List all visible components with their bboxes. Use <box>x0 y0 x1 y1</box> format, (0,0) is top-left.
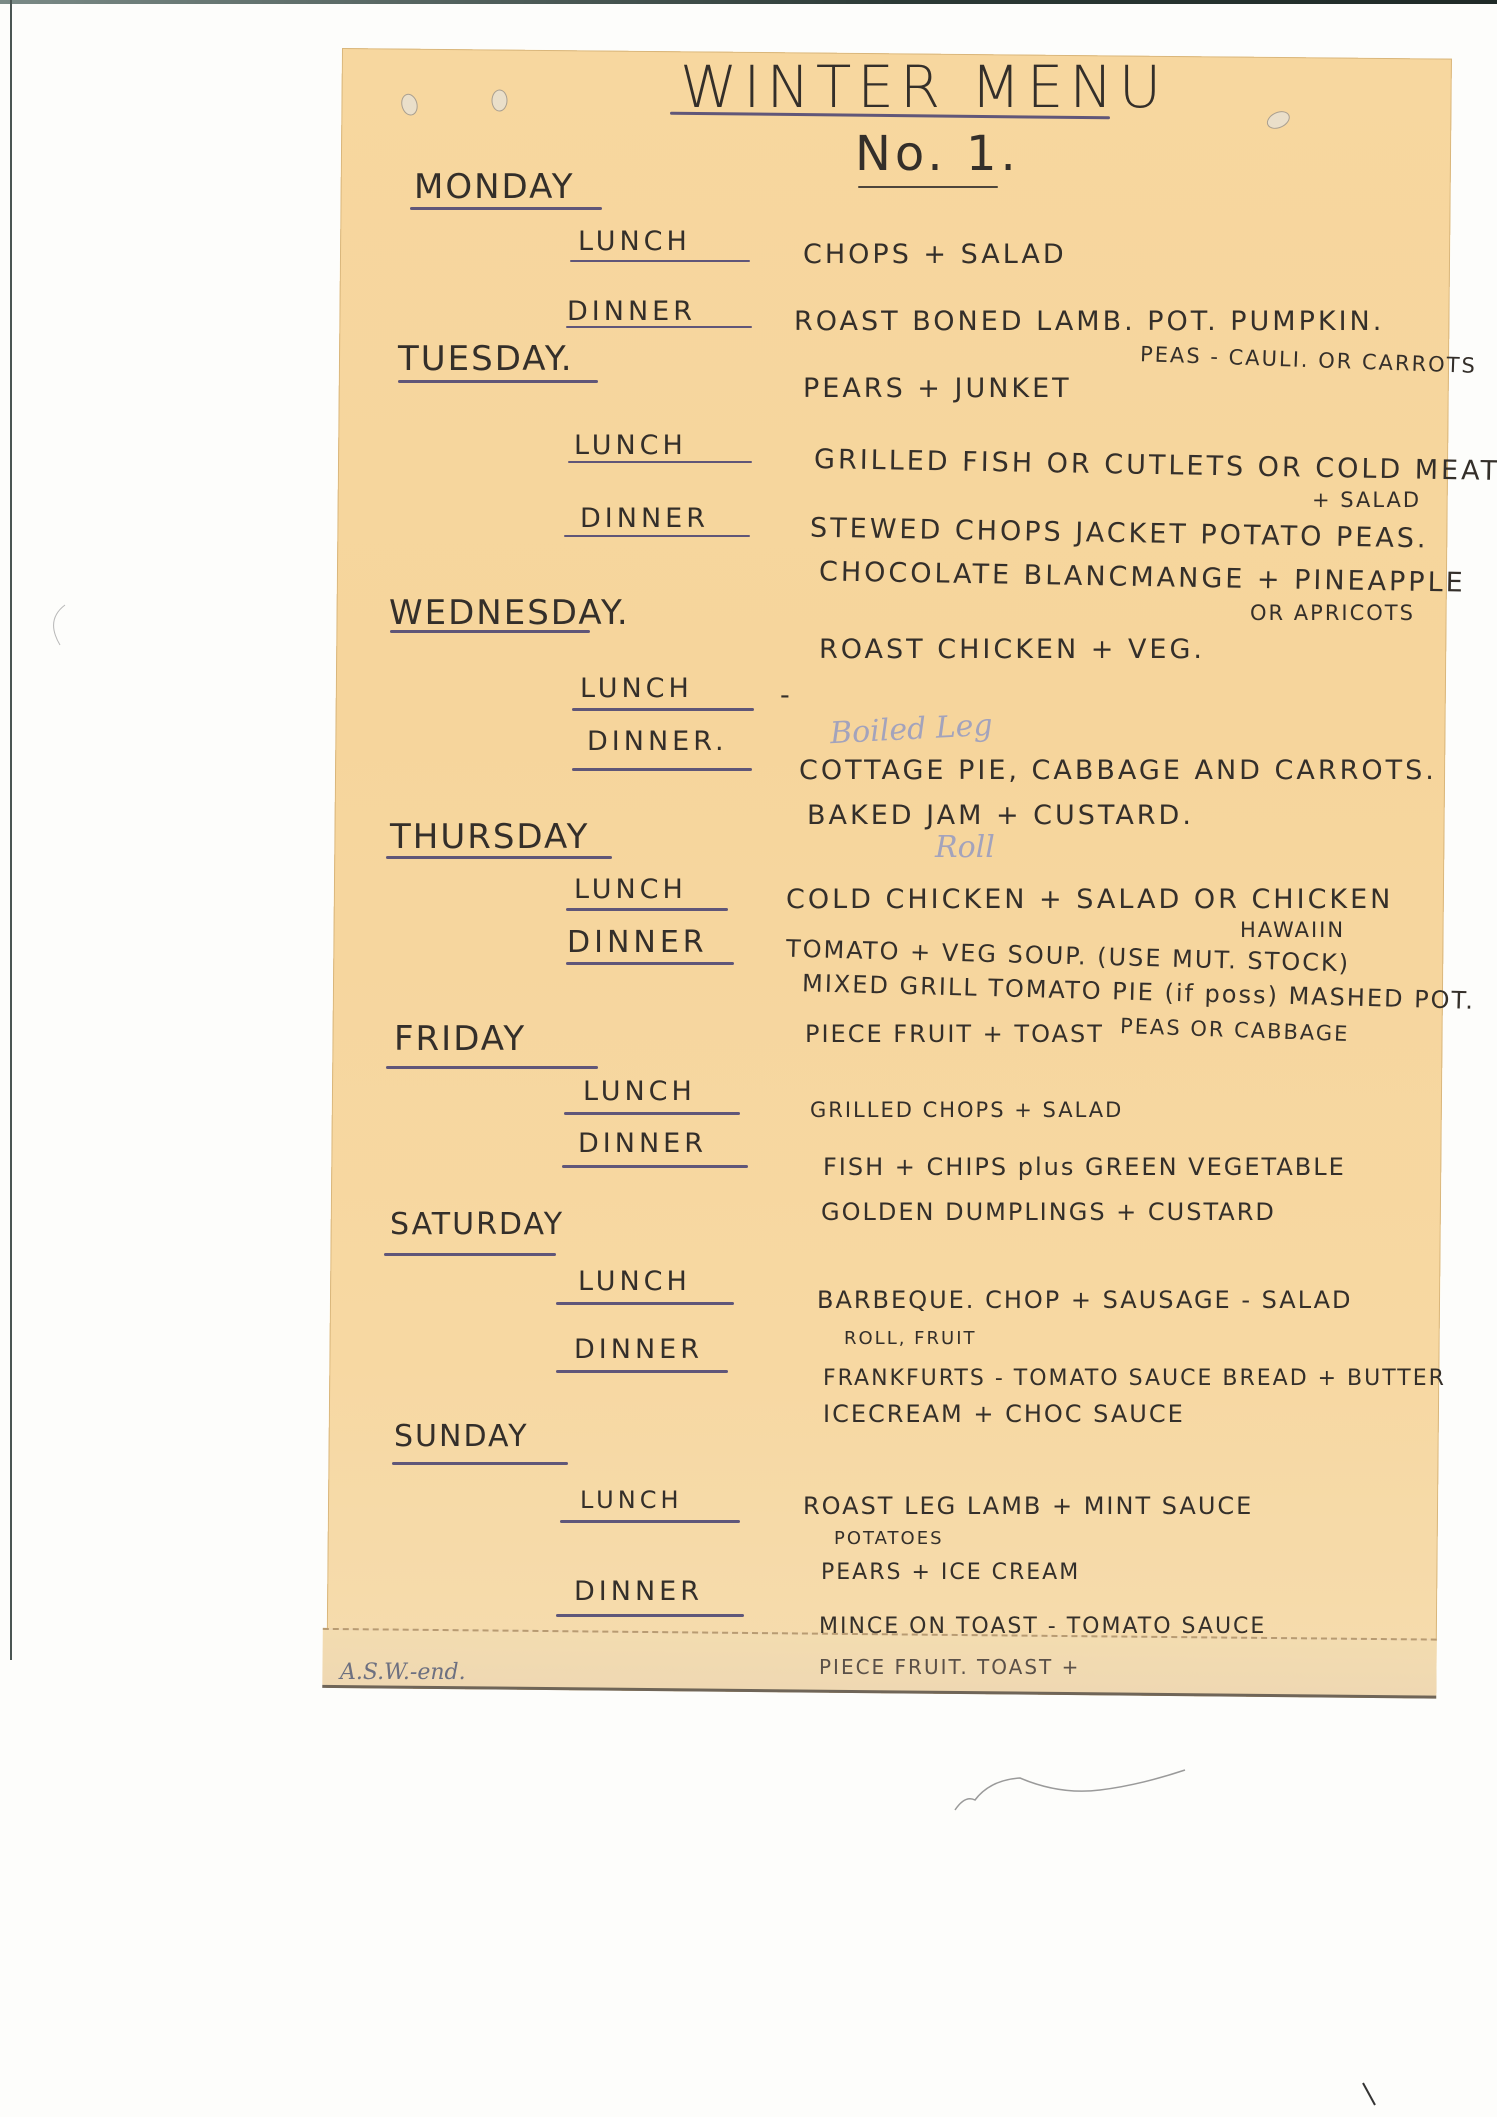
menu-item: ROAST LEG LAMB + MINT SAUCE <box>803 1494 1253 1518</box>
meal-underline <box>556 1302 734 1305</box>
meal-underline <box>570 260 750 262</box>
menu-item: FISH + CHIPS plus GREEN VEGETABLE <box>823 1155 1346 1179</box>
day-friday: FRIDAY <box>394 1022 526 1056</box>
meal-underline <box>560 1520 740 1523</box>
menu-item: PIECE FRUIT + TOAST <box>805 1022 1104 1046</box>
menu-item: PIECE FRUIT. TOAST + <box>819 1657 1080 1677</box>
day-wednesday: WEDNESDAY. <box>389 596 630 630</box>
meal-underline <box>566 962 734 965</box>
day-thursday: THURSDAY <box>390 820 589 854</box>
menu-item: GOLDEN DUMPLINGS + CUSTARD <box>821 1200 1276 1224</box>
menu-item: BAKED JAM + CUSTARD. <box>807 802 1194 829</box>
day-underline <box>386 856 612 859</box>
meal-underline <box>564 535 750 537</box>
meal-underline <box>566 326 752 328</box>
meal-underline <box>564 1112 740 1115</box>
meal-label-lunch: LUNCH <box>583 1078 696 1105</box>
menu-title: WINTER MENU <box>680 58 1167 116</box>
meal-label-dinner: DINNER <box>580 505 709 532</box>
meal-underline <box>562 1165 748 1168</box>
meal-label-lunch: LUNCH <box>580 1488 683 1512</box>
menu-item: COLD CHICKEN + SALAD OR CHICKEN <box>786 886 1393 913</box>
stray-mark <box>1360 2080 1380 2110</box>
menu-item: ROLL, FRUIT <box>844 1330 977 1348</box>
day-underline <box>392 1462 568 1465</box>
menu-item: HAWAIIN <box>1240 920 1345 941</box>
day-underline <box>384 1253 556 1256</box>
menu-item: ROAST BONED LAMB. POT. PUMPKIN. <box>794 308 1384 335</box>
menu-item: FRANKFURTS - TOMATO SAUCE BREAD + BUTTER <box>823 1368 1446 1390</box>
day-underline <box>390 630 590 633</box>
meal-underline <box>572 708 754 711</box>
meal-underline <box>568 461 752 463</box>
pin-hole <box>491 89 507 111</box>
number-underline <box>858 186 998 188</box>
menu-item: OR APRICOTS <box>1250 603 1415 624</box>
margin-note: A.S.W.-end. <box>340 1660 466 1685</box>
day-monday: MONDAY <box>414 170 575 204</box>
pencil-note: Roll <box>935 830 995 865</box>
day-underline <box>410 207 602 210</box>
meal-label-dinner: DINNER. <box>587 728 728 755</box>
meal-label-lunch: LUNCH <box>578 1268 691 1295</box>
meal-underline <box>556 1614 744 1617</box>
meal-underline <box>566 908 728 911</box>
meal-label-lunch: LUNCH <box>580 675 693 702</box>
meal-label-lunch: LUNCH <box>574 876 687 903</box>
stray-arc <box>40 600 70 650</box>
meal-label-dinner: DINNER <box>567 298 696 325</box>
menu-item: ROAST CHICKEN + VEG. <box>819 636 1205 663</box>
menu-item: COTTAGE PIE, CABBAGE AND CARROTS. <box>799 757 1437 784</box>
menu-item: GRILLED CHOPS + SALAD <box>810 1100 1123 1121</box>
meal-label-lunch: LUNCH <box>574 432 687 459</box>
meal-label-lunch: LUNCH <box>578 228 691 255</box>
pin-hole <box>399 92 420 117</box>
day-sunday: SUNDAY <box>394 1422 529 1452</box>
meal-label-dinner: DINNER <box>578 1130 707 1157</box>
day-underline <box>386 1066 598 1069</box>
dash-mark: - <box>780 682 793 709</box>
meal-underline <box>572 768 752 771</box>
day-saturday: SATURDAY <box>390 1210 564 1240</box>
meal-label-dinner: DINNER <box>574 1336 703 1363</box>
scanner-edge-left <box>10 0 12 1660</box>
menu-item: POTATOES <box>834 1530 944 1548</box>
menu-item: MINCE ON TOAST - TOMATO SAUCE <box>819 1616 1266 1638</box>
meal-label-dinner: DINNER <box>574 1578 703 1605</box>
menu-number: No. 1. <box>855 130 1020 178</box>
scanner-edge-top <box>0 0 1497 4</box>
day-tuesday: TUESDAY. <box>398 342 574 376</box>
menu-item: ICECREAM + CHOC SAUCE <box>823 1402 1185 1426</box>
menu-item: PEARS + JUNKET <box>803 375 1072 402</box>
meal-label-dinner: DINNER <box>567 928 708 958</box>
meal-underline <box>556 1370 728 1373</box>
menu-item: CHOPS + SALAD <box>803 241 1067 268</box>
pencil-squiggle <box>950 1760 1200 1820</box>
menu-item: + SALAD <box>1312 490 1421 511</box>
day-underline <box>398 380 598 383</box>
menu-item: PEARS + ICE CREAM <box>821 1562 1080 1584</box>
pin-hole <box>1264 108 1292 132</box>
menu-item: BARBEQUE. CHOP + SAUSAGE - SALAD <box>817 1288 1353 1312</box>
